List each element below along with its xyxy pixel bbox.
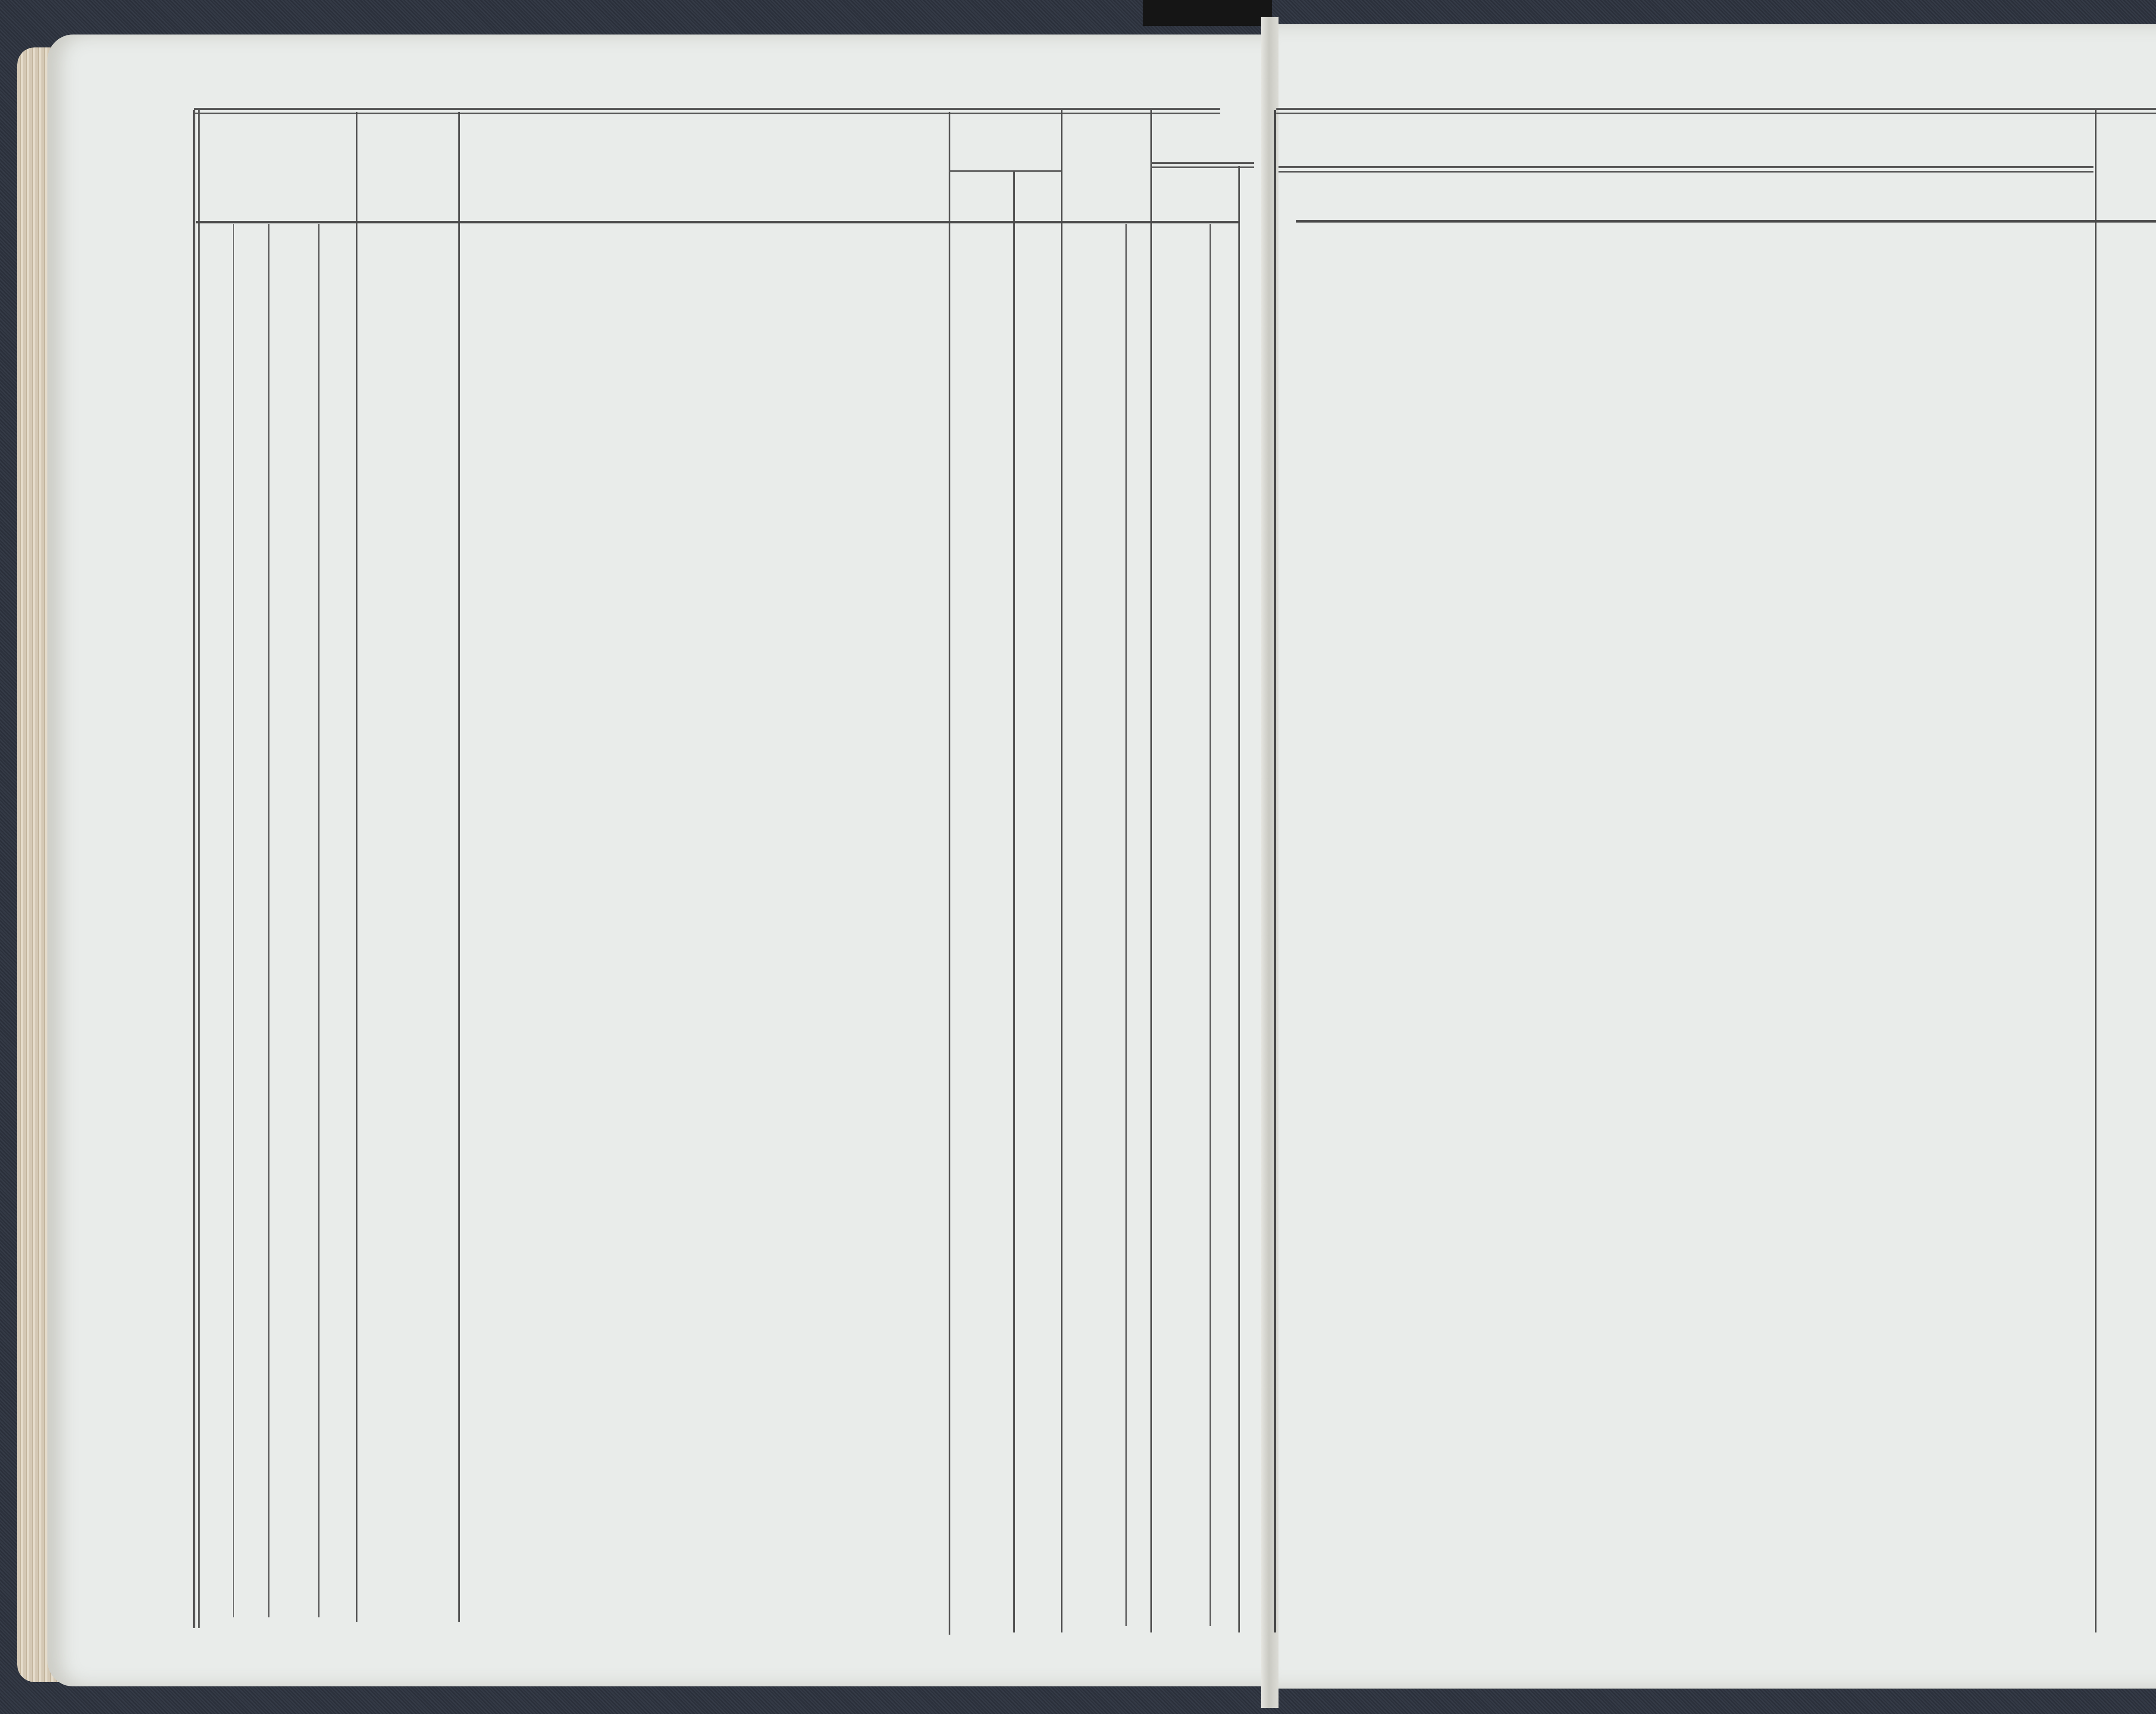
left-table-left-rule — [193, 110, 200, 1628]
col16-col17-divider — [2095, 110, 2096, 1632]
col5-col6-divider — [1061, 110, 1062, 1632]
right-page — [1272, 24, 2156, 1689]
right-table-left-edge — [1274, 110, 1276, 1632]
left-page — [47, 35, 1272, 1686]
col7-top-rule — [1150, 162, 1254, 168]
right-header-bottom-rule — [1296, 220, 2156, 223]
left-header-bottom-rule — [196, 221, 1240, 223]
col3-col4-divider — [949, 112, 950, 1635]
riferimenti-group-rule — [949, 170, 1061, 172]
book-gutter — [1261, 17, 1279, 1708]
col1-divider-c — [318, 224, 320, 1617]
col6-cents-divider — [1125, 224, 1127, 1626]
binding-spine-top — [1143, 0, 1272, 26]
col6-col7-divider — [1150, 110, 1152, 1632]
left-table-top-rule — [194, 108, 1220, 114]
col7-cents-divider — [1210, 224, 1211, 1626]
right-table-top-rule — [1276, 108, 2156, 114]
col1-divider-b — [268, 224, 269, 1617]
col7-right-edge — [1238, 166, 1240, 1632]
estimi-group-rule — [1279, 166, 2093, 173]
col4-col5-divider — [1013, 170, 1015, 1632]
col1-divider-a — [233, 224, 234, 1617]
col1-col2-divider — [356, 112, 357, 1622]
col2-col3-divider — [458, 112, 460, 1622]
